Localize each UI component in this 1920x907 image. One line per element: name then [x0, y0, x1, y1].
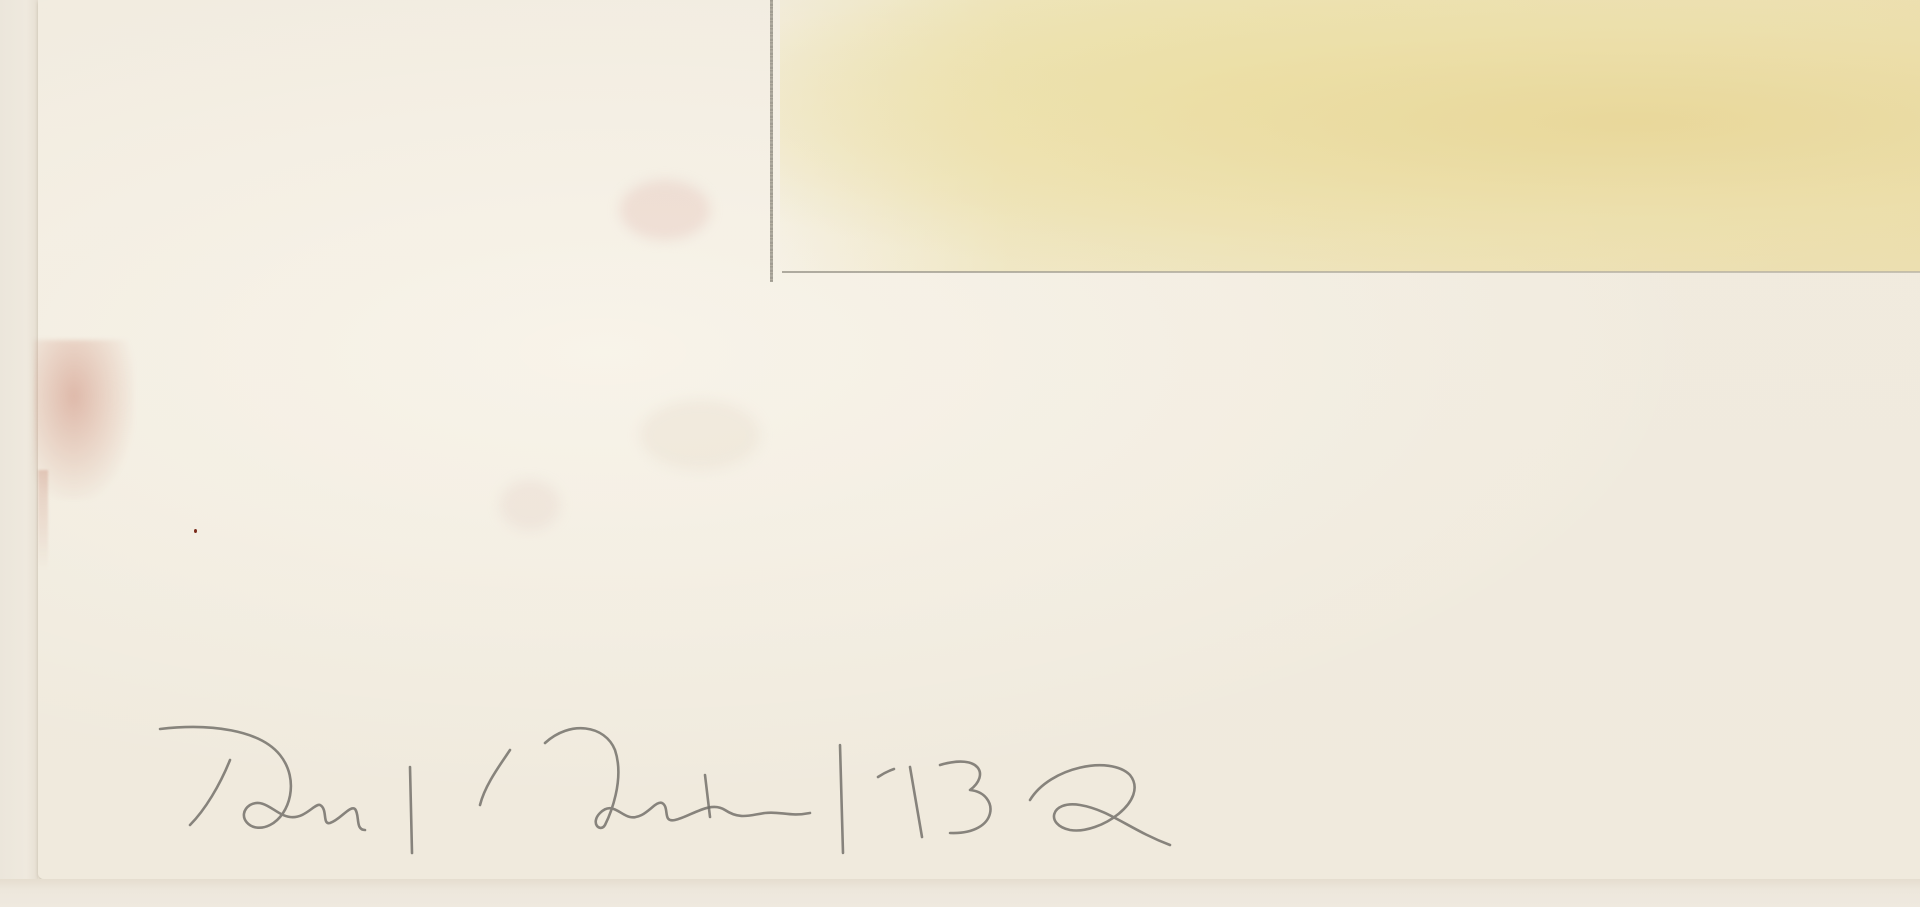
- pencil-border-horizontal: [782, 271, 1920, 273]
- artwork-photo: Richard ... '82: [0, 0, 1920, 907]
- pencil-signature: [150, 705, 1450, 875]
- red-pigment-trail: [38, 470, 48, 570]
- pigment-speck: [194, 529, 197, 533]
- faint-mark: [640, 400, 760, 470]
- pencil-border-vertical: [770, 0, 773, 282]
- red-pigment-smudge: [34, 340, 134, 500]
- faint-pink-mark: [620, 180, 710, 240]
- faint-mark: [500, 480, 560, 530]
- mat-border-bottom: [0, 879, 1920, 907]
- mat-border-left: [0, 0, 38, 907]
- yellow-wash-panel: [780, 0, 1920, 272]
